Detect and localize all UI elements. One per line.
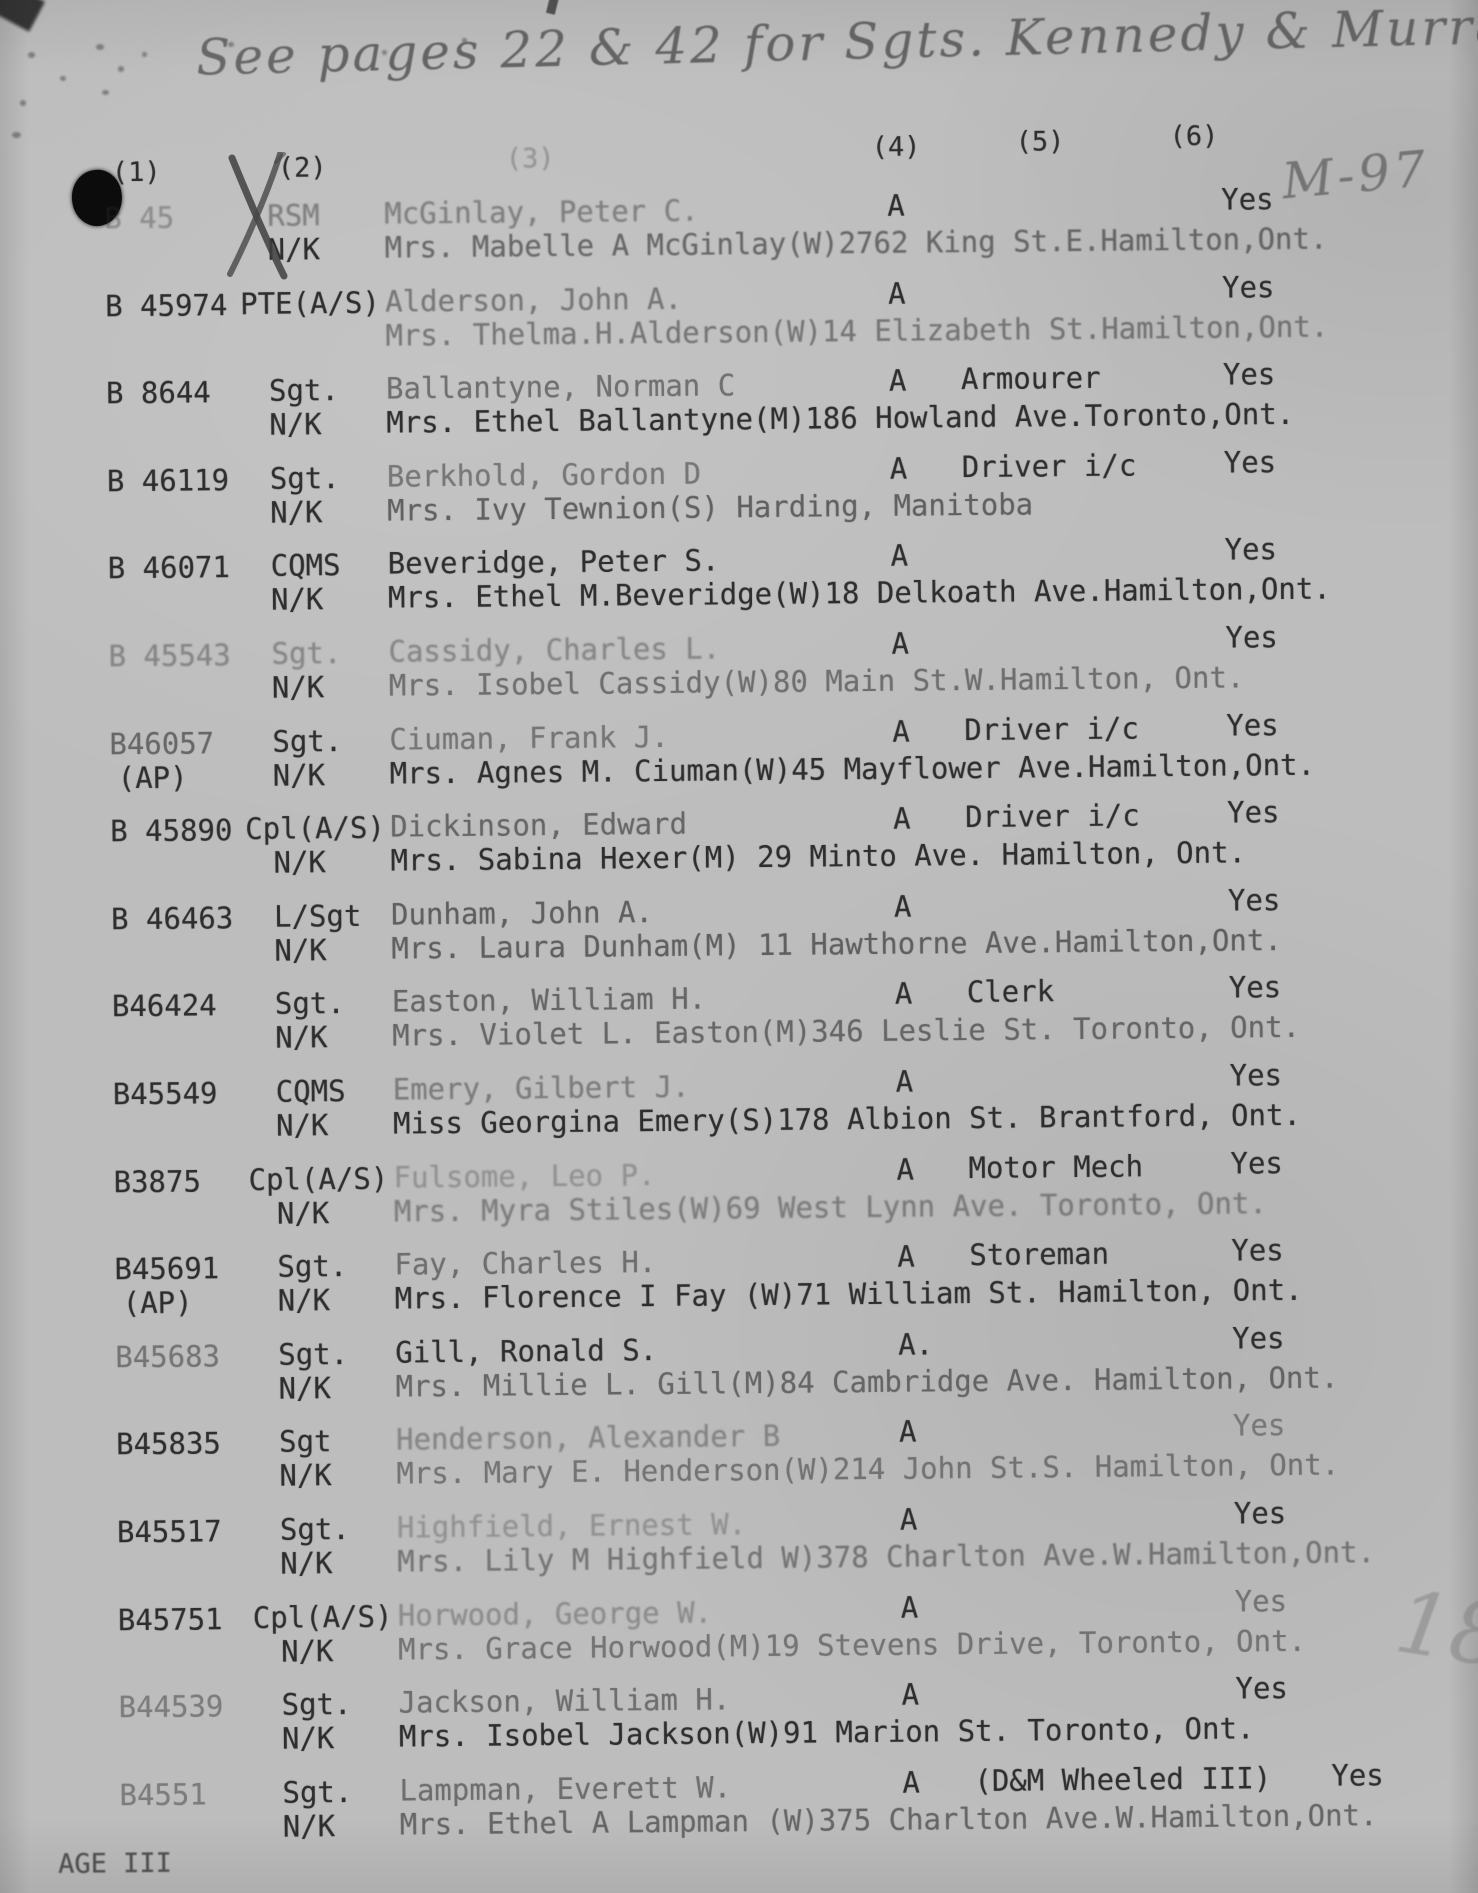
nok-details: Mrs. Grace Horwood(M)19 Stevens Drive, T… <box>398 1625 1306 1664</box>
status-code: A <box>896 1067 914 1097</box>
nok-label: N/K <box>270 497 323 528</box>
nok-details: Mrs. Ethel A Lampman (W)375 Charlton Ave… <box>400 1800 1378 1839</box>
nok-label: N/K <box>274 935 327 966</box>
confirmed-flag: Yes <box>1224 447 1277 478</box>
rank: Sgt. <box>280 1514 350 1545</box>
nok-label: N/K <box>275 1023 328 1054</box>
trade: Motor Mech <box>968 1151 1143 1183</box>
service-number: B 45 <box>104 203 174 234</box>
trade: Driver i/c <box>964 713 1139 745</box>
soldier-name: Gill, Ronald S. <box>395 1335 657 1368</box>
confirmed-flag: Yes <box>1223 359 1276 390</box>
page-footer: AGE III <box>58 1848 172 1880</box>
service-number: B 46119 <box>107 465 230 496</box>
nok-details: Mrs. Isobel Jackson(W)91 Marion St. Toro… <box>399 1713 1255 1751</box>
column-header-4: (4) <box>872 131 921 162</box>
roster-list: B 45 RSM McGinlay, Peter C. A Yes N/K Mr… <box>0 182 1478 1860</box>
nok-details: Mrs. Laura Dunham(M) 11 Hawthorne Ave.Ha… <box>391 925 1282 964</box>
column-header-6: (6) <box>1169 121 1218 152</box>
soldier-name: Fulsome, Leo P. <box>393 1160 655 1193</box>
status-code: A <box>892 716 910 746</box>
nok-label: N/K <box>281 1636 334 1667</box>
roster-entry: B45517 Sgt. Highfield, Ernest W. A Yes N… <box>0 1496 1476 1598</box>
soldier-name: Horwood, George W. <box>398 1597 713 1630</box>
soldier-name: Berkhold, Gordon D <box>387 458 702 491</box>
rank: Sgt. <box>270 463 340 494</box>
status-code: A <box>900 1504 918 1534</box>
service-number: B 45974 <box>105 290 228 321</box>
rank: Sgt. <box>277 1251 347 1282</box>
roster-entry: B46057 Sgt. Ciuman, Frank J. A Driver i/… <box>0 708 1468 810</box>
confirmed-flag: Yes <box>1235 1673 1288 1704</box>
roster-entry: B44539 Sgt. Jackson, William H. A Yes N/… <box>0 1671 1477 1773</box>
service-number: B46057 <box>109 728 214 759</box>
roster-entry: B45683 Sgt. Gill, Ronald S. A. Yes N/K M… <box>0 1321 1474 1423</box>
confirmed-flag: Yes <box>1331 1760 1384 1791</box>
nok-details: Mrs. Isobel Cassidy(W)80 Main St.W.Hamil… <box>389 662 1245 700</box>
rank: CQMS <box>271 550 341 581</box>
confirmed-flag: Yes <box>1233 1410 1286 1441</box>
nok-label: N/K <box>269 409 322 440</box>
service-number: B45683 <box>115 1341 220 1372</box>
confirmed-flag: Yes <box>1230 1148 1283 1179</box>
service-number: B45751 <box>118 1604 223 1635</box>
service-number: B 46463 <box>111 903 234 934</box>
column-header-3: (3) <box>506 143 555 174</box>
ap-tag: (AP) <box>123 1288 193 1319</box>
rank: PTE(A/S) <box>240 287 380 318</box>
status-code: A <box>891 629 909 659</box>
confirmed-flag: Yes <box>1226 710 1279 741</box>
roster-entry: B45549 CQMS Emery, Gilbert J. A Yes N/K … <box>0 1058 1471 1160</box>
soldier-name: Dunham, John A. <box>391 897 653 930</box>
service-number: B3875 <box>113 1166 201 1197</box>
rank: Sgt. <box>271 638 341 669</box>
confirmed-flag: Yes <box>1222 272 1275 303</box>
status-code: A <box>893 804 911 834</box>
service-number: B45691 <box>114 1253 219 1284</box>
service-number: B 46071 <box>108 552 231 583</box>
roster-entry: B 46071 CQMS Beveridge, Peter S. A Yes N… <box>0 533 1466 635</box>
soldier-name: Emery, Gilbert J. <box>393 1072 690 1105</box>
confirmed-flag: Yes <box>1234 1498 1287 1529</box>
column-header-1: (1) <box>112 157 161 188</box>
rank: Cpl(A/S) <box>245 813 385 844</box>
nok-details: Mrs. Mary E. Henderson(W)214 John St.S. … <box>396 1450 1339 1489</box>
rank: Sgt <box>279 1426 332 1457</box>
rank: L/Sgt <box>274 901 362 932</box>
soldier-name: Beveridge, Peter S. <box>388 546 720 579</box>
roster-entry: B3875 Cpl(A/S) Fulsome, Leo P. A Motor M… <box>0 1146 1472 1248</box>
nok-label: N/K <box>278 1373 331 1404</box>
confirmed-flag: Yes <box>1231 1235 1284 1266</box>
rank: Sgt. <box>269 375 339 406</box>
confirmed-flag: Yes <box>1229 972 1282 1003</box>
confirmed-flag: Yes <box>1225 622 1278 653</box>
nok-details: Mrs. Myra Stiles(W)69 West Lynn Ave. Tor… <box>394 1188 1267 1226</box>
nok-details: Mrs. Lily M Highfield W)378 Charlton Ave… <box>397 1537 1375 1576</box>
soldier-name: Dickinson, Edward <box>390 809 687 842</box>
scanned-nominal-roll-page: See pages 22 & 42 for Sgts. Kennedy & Mu… <box>0 0 1478 1893</box>
service-number: B 45543 <box>108 640 231 671</box>
nok-details: Mrs. Millie L. Gill(M)84 Cambridge Ave. … <box>395 1362 1338 1401</box>
nok-details: Mrs. Sabina Hexer(M) 29 Minto Ave. Hamil… <box>390 838 1246 876</box>
service-number: B4551 <box>119 1779 207 1810</box>
nok-label: N/K <box>282 1723 335 1754</box>
nok-details: Mrs. Thelma.H.Alderson(W)14 Elizabeth St… <box>385 311 1328 350</box>
rank: Cpl(A/S) <box>248 1163 388 1194</box>
rank: Sgt. <box>281 1689 351 1720</box>
soldier-name: Lampman, Everett W. <box>399 1772 731 1805</box>
service-number: B45549 <box>113 1078 218 1109</box>
service-number: B 8644 <box>106 377 211 408</box>
rank: Cpl(A/S) <box>253 1601 393 1632</box>
nok-label: N/K <box>272 672 325 703</box>
roster-entry: B 45890 Cpl(A/S) Dickinson, Edward A Dri… <box>0 795 1469 897</box>
roster-entry: B 46463 L/Sgt Dunham, John A. A Yes N/K … <box>0 883 1470 985</box>
rank: Sgt. <box>272 726 342 757</box>
roster-entry: B 8644 Sgt. Ballantyne, Norman C A Armou… <box>0 357 1465 459</box>
status-code: A <box>894 891 912 921</box>
trade: Storeman <box>969 1239 1109 1270</box>
roster-entry: B 45543 Sgt. Cassidy, Charles L. A Yes N… <box>0 620 1467 722</box>
soldier-name: Ballantyne, Norman C <box>386 370 735 403</box>
nok-label: N/K <box>273 847 326 878</box>
roster-entry: B45691 Sgt. Fay, Charles H. A Storeman Y… <box>0 1233 1473 1335</box>
status-code: A. <box>898 1329 933 1359</box>
status-code: A <box>890 541 908 571</box>
soldier-name: Jackson, William H. <box>398 1684 730 1717</box>
ap-tag: (AP) <box>118 762 188 793</box>
nok-details: Mrs. Florence I Fay (W)71 William St. Ha… <box>395 1275 1303 1314</box>
nok-details: Mrs. Violet L. Easton(M)346 Leslie St. T… <box>392 1012 1300 1051</box>
nok-details: Mrs. Ethel M.Beveridge(W)18 Delkoath Ave… <box>388 574 1331 613</box>
trade: (D&M Wheeled III) <box>974 1763 1271 1796</box>
nok-label: N/K <box>280 1548 333 1579</box>
service-number: B45517 <box>117 1516 222 1547</box>
nok-label: N/K <box>278 1285 331 1316</box>
nok-details: Miss Georgina Emery(S)178 Albion St. Bra… <box>393 1100 1301 1139</box>
column-header-5: (5) <box>1016 126 1065 157</box>
trade: Driver i/c <box>965 801 1140 833</box>
status-code: A <box>895 979 913 1009</box>
nok-label: N/K <box>271 585 324 616</box>
service-number: B44539 <box>118 1691 223 1722</box>
service-number: B 45890 <box>110 815 233 846</box>
confirmed-flag: Yes <box>1224 534 1277 565</box>
roster-entry: B4551 Sgt. Lampman, Everett W. A (D&M Wh… <box>0 1759 1478 1861</box>
confirmed-flag: Yes <box>1228 885 1281 916</box>
status-code: A <box>902 1767 920 1797</box>
soldier-name: Henderson, Alexander B <box>396 1421 780 1455</box>
soldier-name: Easton, William H. <box>392 984 707 1017</box>
nok-label: N/K <box>273 760 326 791</box>
trade: Armourer <box>961 363 1101 394</box>
status-code: A <box>897 1242 915 1272</box>
nok-label: N/K <box>277 1198 330 1229</box>
rank: Sgt. <box>278 1339 348 1370</box>
status-code: A <box>888 278 906 308</box>
rank: CQMS <box>276 1076 346 1107</box>
nok-details: Mrs. Mabelle A McGinlay(W)2762 King St.E… <box>384 224 1327 263</box>
status-code: A <box>890 453 908 483</box>
status-code: A <box>901 1680 919 1710</box>
trade: Driver i/c <box>962 450 1137 482</box>
strike-x-mark <box>218 152 298 282</box>
confirmed-flag: Yes <box>1235 1586 1288 1617</box>
status-code: A <box>899 1417 917 1447</box>
soldier-name: Fay, Charles H. <box>394 1247 656 1280</box>
status-code: A <box>901 1592 919 1622</box>
nok-details: Mrs. Ivy Tewnion(S) Harding, Manitoba <box>387 489 1033 525</box>
status-code: A <box>887 191 905 221</box>
rank: Sgt. <box>282 1777 352 1808</box>
soldier-name: McGinlay, Peter C. <box>384 196 699 229</box>
roster-entry: B46424 Sgt. Easton, William H. A Clerk Y… <box>0 971 1470 1073</box>
status-code: A <box>896 1154 914 1184</box>
roster-entry: B 46119 Sgt. Berkhold, Gordon D A Driver… <box>0 445 1465 547</box>
confirmed-flag: Yes <box>1229 1060 1282 1091</box>
confirmed-flag: Yes <box>1227 797 1280 828</box>
nok-details: Mrs. Ethel Ballantyne(M)186 Howland Ave.… <box>386 399 1294 438</box>
nok-details: Mrs. Agnes M. Ciuman(W)45 Mayflower Ave.… <box>390 749 1316 788</box>
status-code: A <box>889 366 907 396</box>
confirmed-flag: Yes <box>1232 1323 1285 1354</box>
soldier-name: Cassidy, Charles L. <box>388 633 720 666</box>
soldier-name: Ciuman, Frank J. <box>389 721 669 754</box>
soldier-name: Highfield, Ernest W. <box>397 1509 746 1542</box>
nok-label: N/K <box>279 1460 332 1491</box>
soldier-name: Alderson, John A. <box>385 283 682 316</box>
roster-entry: B45835 Sgt Henderson, Alexander B A Yes … <box>0 1409 1475 1511</box>
confirmed-flag: Yes <box>1221 184 1274 215</box>
roster-entry: B45751 Cpl(A/S) Horwood, George W. A Yes… <box>0 1584 1476 1686</box>
trade: Clerk <box>967 977 1055 1008</box>
roster-entry: B 45974 PTE(A/S) Alderson, John A. A Yes… <box>0 270 1464 372</box>
nok-label: N/K <box>283 1811 336 1842</box>
nok-label: N/K <box>276 1110 329 1141</box>
service-number: B46424 <box>112 991 217 1022</box>
typed-layer: (1) (2) (3) (4) (5) (6) B 45 RSM McGinla… <box>0 0 1478 1893</box>
service-number: B45835 <box>116 1429 221 1460</box>
rank: Sgt. <box>275 988 345 1019</box>
